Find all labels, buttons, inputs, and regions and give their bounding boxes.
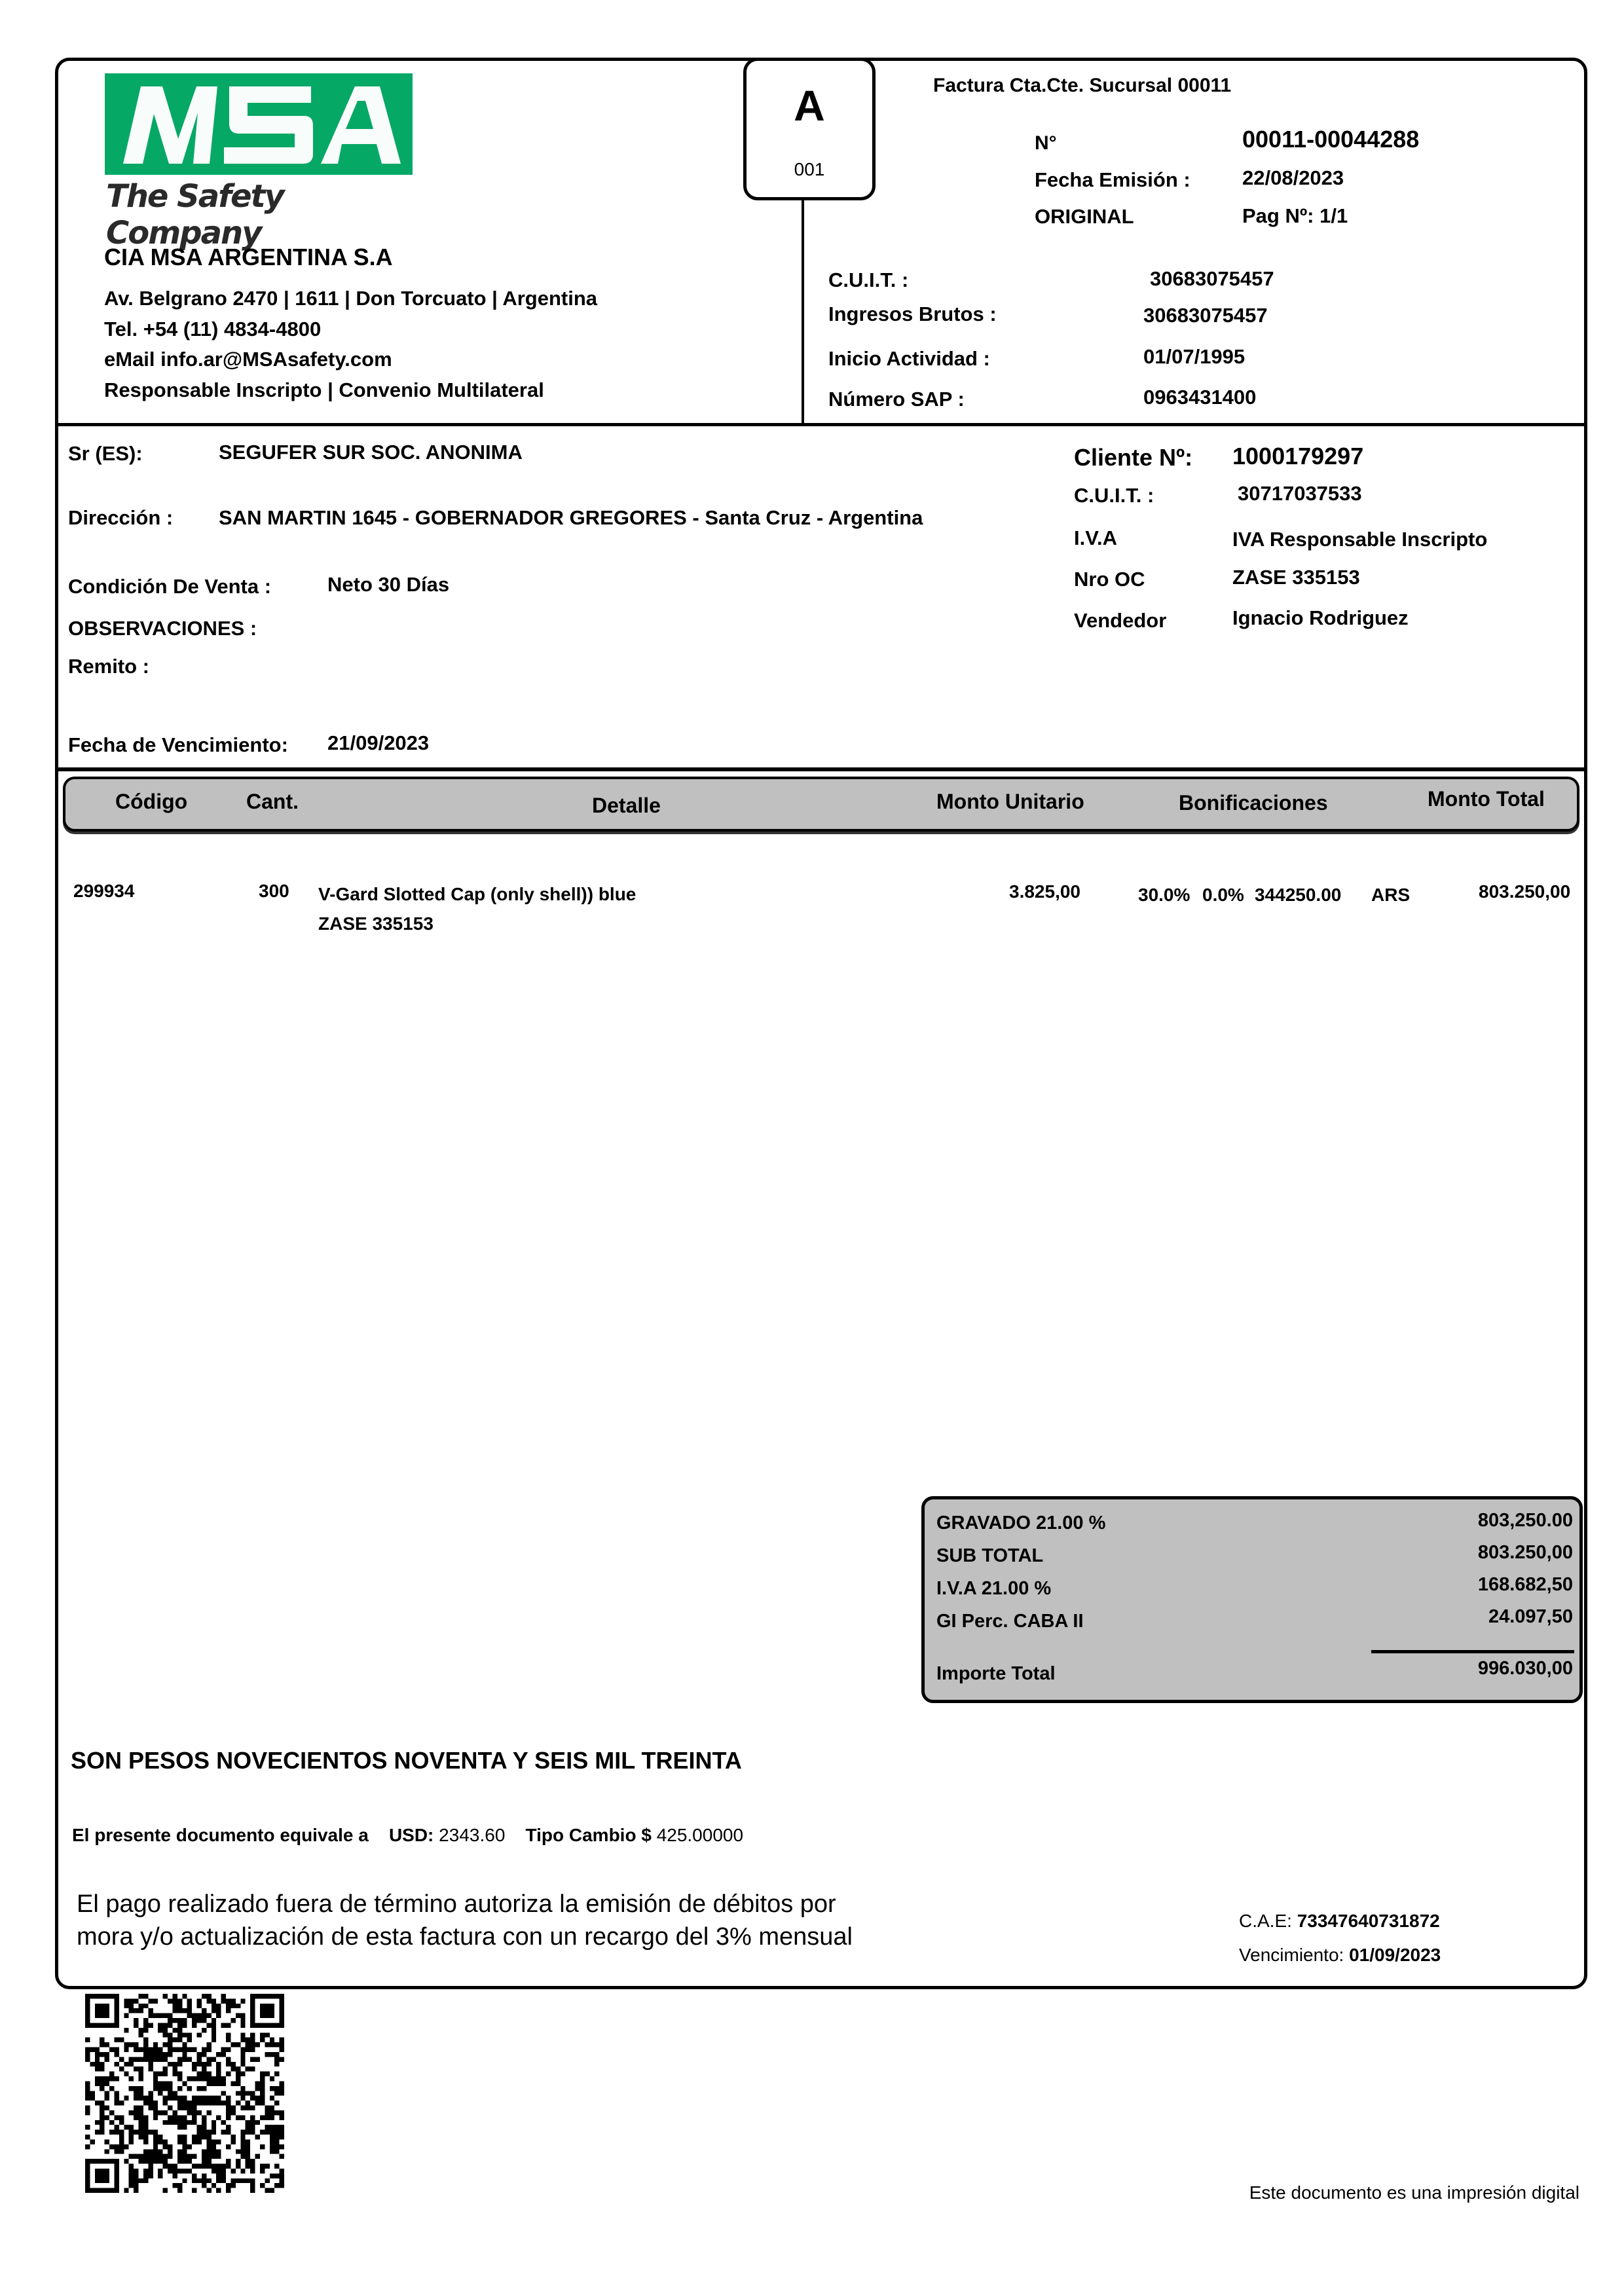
cae-expiry-value: 01/09/2023 [1349,1945,1441,1965]
logo-tagline: The Safety Company [106,178,413,251]
header-divider [56,423,1586,426]
item-discount-1: 30.0% [1138,885,1190,906]
client-number-label: Cliente Nº: [1074,444,1192,471]
exchange-rate-value: 425.00000 [657,1825,743,1845]
iibb-label: Ingresos Brutos : [828,303,997,326]
sap-number-value: 0963431400 [1143,386,1256,409]
invoice-letter-code: 001 [747,159,872,180]
customer-name-label: Sr (ES): [68,442,143,466]
issuer-email: eMail info.ar@MSAsafety.com [104,348,392,371]
customer-address-label: Dirección : [68,506,173,530]
subtotal-value: 803.250,00 [1478,1542,1573,1564]
header-vertical-divider [802,196,804,426]
perception-value: 24.097,50 [1488,1606,1573,1628]
item-discount-2: 0.0% [1202,885,1244,906]
grand-total-value: 996.030,00 [1478,1658,1573,1680]
customer-iva-label: I.V.A [1074,526,1117,550]
subtotal-label: SUB TOTAL [936,1545,1043,1567]
customer-iva-value: IVA Responsable Inscripto [1232,528,1487,551]
seller-value: Ignacio Rodriguez [1232,606,1409,630]
item-total: 803.250,00 [1479,881,1570,902]
item-detail: V-Gard Slotted Cap (only shell)) blue [318,884,636,905]
usd-equivalence: El presente documento equivale a USD: 23… [72,1825,743,1846]
po-number-label: Nro OC [1074,568,1145,591]
item-discount-amount: 344250.00 [1255,885,1341,906]
totals-box: GRAVADO 21.00 % 803,250.00 SUB TOTAL 803… [921,1496,1583,1703]
perception-label: GI Perc. CABA II [936,1611,1084,1632]
usd-value: 2343.60 [439,1825,505,1845]
equivalence-prefix: El presente documento equivale a [72,1825,369,1845]
taxed-label: GRAVADO 21.00 % [936,1513,1105,1534]
taxed-value: 803,250.00 [1478,1510,1573,1532]
remito-label: Remito : [68,655,149,678]
amount-in-words: SON PESOS NOVECIENTOS NOVENTA Y SEIS MIL… [71,1747,742,1774]
totals-rule [1371,1650,1574,1653]
col-qty: Cant. [246,790,299,814]
digital-print-note: Este documento es una impresión digital [1249,2182,1579,2203]
items-table-header: Código Cant. Detalle Monto Unitario Boni… [63,777,1579,832]
item-detail-ref: ZASE 335153 [318,913,434,934]
invoice-letter: A [747,81,872,130]
msa-logo-mark-icon [105,73,413,175]
cae-label: C.A.E: [1239,1911,1292,1931]
copy-label: ORIGINAL [1035,205,1134,229]
exchange-rate-label: Tipo Cambio $ [526,1825,652,1845]
col-discounts: Bonificaciones [1179,791,1328,815]
issuer-cuit-label: C.U.I.T. : [828,268,908,292]
issue-date-label: Fecha Emisión : [1035,168,1190,192]
item-qty: 300 [259,881,289,902]
iibb-value: 30683075457 [1143,304,1268,327]
col-detail: Detalle [592,794,661,818]
seller-label: Vendedor [1074,609,1166,633]
due-date-label: Fecha de Vencimiento: [68,733,288,757]
grand-total-label: Importe Total [936,1663,1056,1685]
issuer-name: CIA MSA ARGENTINA S.A [104,244,393,271]
invoice-title: Factura Cta.Cte. Sucursal 00011 [933,75,1231,97]
customer-cuit-value: 30717037533 [1238,482,1362,505]
activity-start-value: 01/07/1995 [1143,345,1245,369]
customer-cuit-label: C.U.I.T. : [1074,484,1154,507]
cae-value: 73347640731872 [1297,1911,1440,1931]
invoice-number-label: N° [1035,132,1057,155]
cae-expiry-line: Vencimiento: 01/09/2023 [1239,1945,1441,1966]
sale-condition-label: Condición De Venta : [68,575,271,598]
cae-line: C.A.E: 73347640731872 [1239,1911,1440,1932]
observations-label: OBSERVACIONES : [68,617,257,640]
po-number-value: ZASE 335153 [1232,566,1360,589]
late-payment-note-line1: El pago realizado fuera de término autor… [77,1890,836,1919]
qr-code-icon[interactable] [85,1994,284,2193]
activity-start-label: Inicio Actividad : [828,347,990,371]
issue-date-value: 22/08/2023 [1242,166,1344,190]
page-number: Pag Nº: 1/1 [1242,204,1348,228]
iva-label: I.V.A 21.00 % [936,1578,1051,1600]
col-total: Monto Total [1428,787,1545,811]
item-code: 299934 [73,881,134,902]
sale-condition-value: Neto 30 Días [327,573,449,597]
customer-name-value: SEGUFER SUR SOC. ANONIMA [219,441,523,464]
customer-address-value: SAN MARTIN 1645 - GOBERNADOR GREGORES - … [219,506,923,530]
item-currency: ARS [1371,885,1410,906]
invoice-number-value: 00011-00044288 [1242,126,1419,153]
cae-expiry-label: Vencimiento: [1239,1945,1344,1965]
due-date-value: 21/09/2023 [327,731,429,755]
late-payment-note-line2: mora y/o actualización de esta factura c… [77,1923,853,1951]
usd-label: USD: [389,1825,434,1845]
issuer-tax-status: Responsable Inscripto | Convenio Multila… [104,378,544,402]
msa-logo: The Safety Company [105,73,413,224]
col-unit-price: Monto Unitario [936,790,1084,814]
col-code: Código [115,790,187,814]
iva-value: 168.682,50 [1478,1574,1573,1596]
client-number-value: 1000179297 [1232,443,1363,470]
customer-divider [56,767,1586,771]
invoice-letter-box: A 001 [743,58,876,200]
sap-number-label: Número SAP : [828,388,965,411]
item-unit-price: 3.825,00 [1009,881,1080,902]
issuer-address: Av. Belgrano 2470 | 1611 | Don Torcuato … [104,287,597,310]
issuer-phone: Tel. +54 (11) 4834-4800 [104,318,321,341]
issuer-cuit-value: 30683075457 [1150,267,1274,291]
